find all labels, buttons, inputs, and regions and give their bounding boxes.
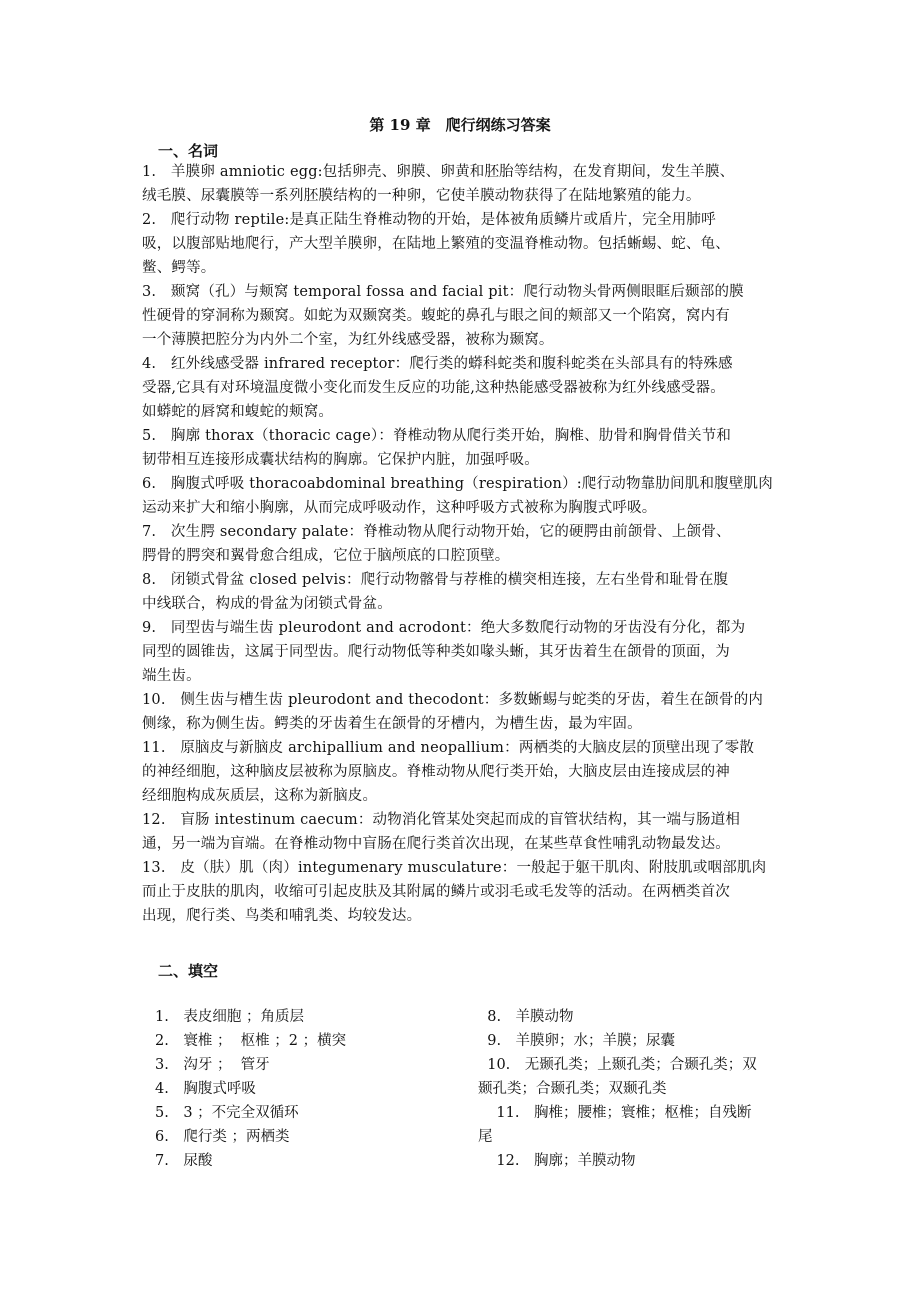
fill-answer: 11. 胸椎；腰椎；寰椎；枢椎；自残断 xyxy=(478,1103,752,1123)
term-definition-start: 5. 胸廓 thorax（thoracic cage）：脊椎动物从爬行类开始，胸… xyxy=(142,426,731,446)
fill-answer: 12. 胸廓；羊膜动物 xyxy=(478,1151,636,1171)
term-definition-start: 6. 胸腹式呼吸 thoracoabdominal breathing（resp… xyxy=(142,474,773,494)
term-definition-continuation: 同型的圆锥齿，这属于同型齿。爬行动物低等种类如喙头蜥，其牙齿着生在颌骨的顶面，为 xyxy=(142,642,730,662)
document-page: 第 19 章 爬行纲练习答案 一、名词 1. 羊膜卵 amniotic egg:… xyxy=(0,0,920,1302)
term-definition-start: 2. 爬行动物 reptile:是真正陆生脊椎动物的开始，是体被角质鳞片或盾片，… xyxy=(142,210,716,230)
term-definition-start: 10. 侧生齿与槽生齿 pleurodont and thecodont：多数蜥… xyxy=(142,690,763,710)
term-definition-continuation: 受器,它具有对环境温度微小变化而发生反应的功能,这种热能感受器被称为红外线感受器… xyxy=(142,378,725,398)
term-definition-continuation: 韧带相互连接形成囊状结构的胸廓。它保护内脏，加强呼吸。 xyxy=(142,450,539,470)
term-definition-start: 11. 原脑皮与新脑皮 archipallium and neopallium：… xyxy=(142,738,754,758)
term-definition-continuation: 中线联合，构成的骨盆为闭锁式骨盆。 xyxy=(142,594,392,614)
section-heading-fill: 二、填空 xyxy=(158,960,218,981)
term-definition-continuation: 腭骨的腭突和翼骨愈合组成，它位于脑颅底的口腔顶壁。 xyxy=(142,546,510,566)
term-definition-start: 12. 盲肠 intestinum caecum：动物消化管某处突起而成的盲管状… xyxy=(142,810,740,830)
term-definition-continuation: 通，另一端为盲端。在脊椎动物中盲肠在爬行类首次出现，在某些草食性哺乳动物最发达。 xyxy=(142,834,730,854)
term-definition-start: 13. 皮（肤）肌（肉）integumenary musculature：一般起… xyxy=(142,858,766,878)
term-definition-continuation: 经细胞构成灰质层，这称为新脑皮。 xyxy=(142,786,377,806)
fill-answer: 4. 胸腹式呼吸 xyxy=(155,1079,256,1099)
term-definition-start: 7. 次生腭 secondary palate：脊椎动物从爬行动物开始，它的硬腭… xyxy=(142,522,731,542)
fill-answer: 3. 沟牙 ； 管牙 xyxy=(155,1055,270,1075)
fill-answer: 6. 爬行类 ；两栖类 xyxy=(155,1127,289,1147)
fill-answer: 10. 无颞孔类；上颞孔类；合颞孔类；双 xyxy=(478,1055,757,1075)
term-definition-continuation: 一个薄膜把腔分为内外二个室，为红外线感受器，被称为颞窝。 xyxy=(142,330,554,350)
fill-answer: 7. 尿酸 xyxy=(155,1151,212,1171)
term-definition-continuation: 如蟒蛇的唇窝和蝮蛇的颊窝。 xyxy=(142,402,333,422)
term-definition-continuation: 端生齿。 xyxy=(142,666,201,686)
fill-answer: 9. 羊膜卵；水；羊膜；尿囊 xyxy=(478,1031,675,1051)
term-definition-start: 8. 闭锁式骨盆 closed pelvis：爬行动物髂骨与荐椎的横突相连接，左… xyxy=(142,570,728,590)
term-definition-continuation: 吸，以腹部贴地爬行，产大型羊膜卵，在陆地上繁殖的变温脊椎动物。包括蜥蜴、蛇、龟、 xyxy=(142,234,730,254)
fill-answer: 8. 羊膜动物 xyxy=(478,1007,574,1027)
term-definition-continuation: 性硬骨的穿洞称为颞窝。如蛇为双颞窝类。蝮蛇的鼻孔与眼之间的颊部又一个陷窝，窝内有 xyxy=(142,306,730,326)
chapter-title: 第 19 章 爬行纲练习答案 xyxy=(0,114,920,135)
term-definition-continuation: 运动来扩大和缩小胸廓，从而完成呼吸动作，这种呼吸方式被称为胸腹式呼吸。 xyxy=(142,498,657,518)
fill-answer: 2. 寰椎 ； 枢椎 ；2 ；横突 xyxy=(155,1031,346,1051)
term-definition-continuation: 侧缘，称为侧生齿。鳄类的牙齿着生在颌骨的牙槽内，为槽生齿，最为牢固。 xyxy=(142,714,642,734)
fill-answer: 尾 xyxy=(478,1127,493,1147)
term-definition-continuation: 而止于皮肤的肌肉，收缩可引起皮肤及其附属的鳞片或羽毛或毛发等的活动。在两栖类首次 xyxy=(142,882,730,902)
term-definition-start: 9. 同型齿与端生齿 pleurodont and acrodont：绝大多数爬… xyxy=(142,618,745,638)
term-definition-continuation: 绒毛膜、尿囊膜等一系列胚膜结构的一种卵，它使羊膜动物获得了在陆地繁殖的能力。 xyxy=(142,186,701,206)
term-definition-continuation: 出现，爬行类、鸟类和哺乳类、均较发达。 xyxy=(142,906,421,926)
fill-answer: 5. 3 ；不完全双循环 xyxy=(155,1103,299,1123)
term-definition-start: 1. 羊膜卵 amniotic egg:包括卵壳、卵膜、卵黄和胚胎等结构，在发育… xyxy=(142,162,734,182)
section-heading-terms: 一、名词 xyxy=(158,140,218,161)
term-definition-start: 4. 红外线感受器 infrared receptor：爬行类的蟒科蛇类和腹科蛇… xyxy=(142,354,733,374)
fill-answer: 颞孔类；合颞孔类；双颞孔类 xyxy=(478,1079,667,1099)
term-definition-continuation: 的神经细胞，这种脑皮层被称为原脑皮。脊椎动物从爬行类开始，大脑皮层由连接成层的神 xyxy=(142,762,730,782)
term-definition-start: 3. 颞窝（孔）与颊窝 temporal fossa and facial pi… xyxy=(142,282,744,302)
fill-answer: 1. 表皮细胞 ；角质层 xyxy=(155,1007,304,1027)
term-definition-continuation: 鳖、鳄等。 xyxy=(142,258,216,278)
